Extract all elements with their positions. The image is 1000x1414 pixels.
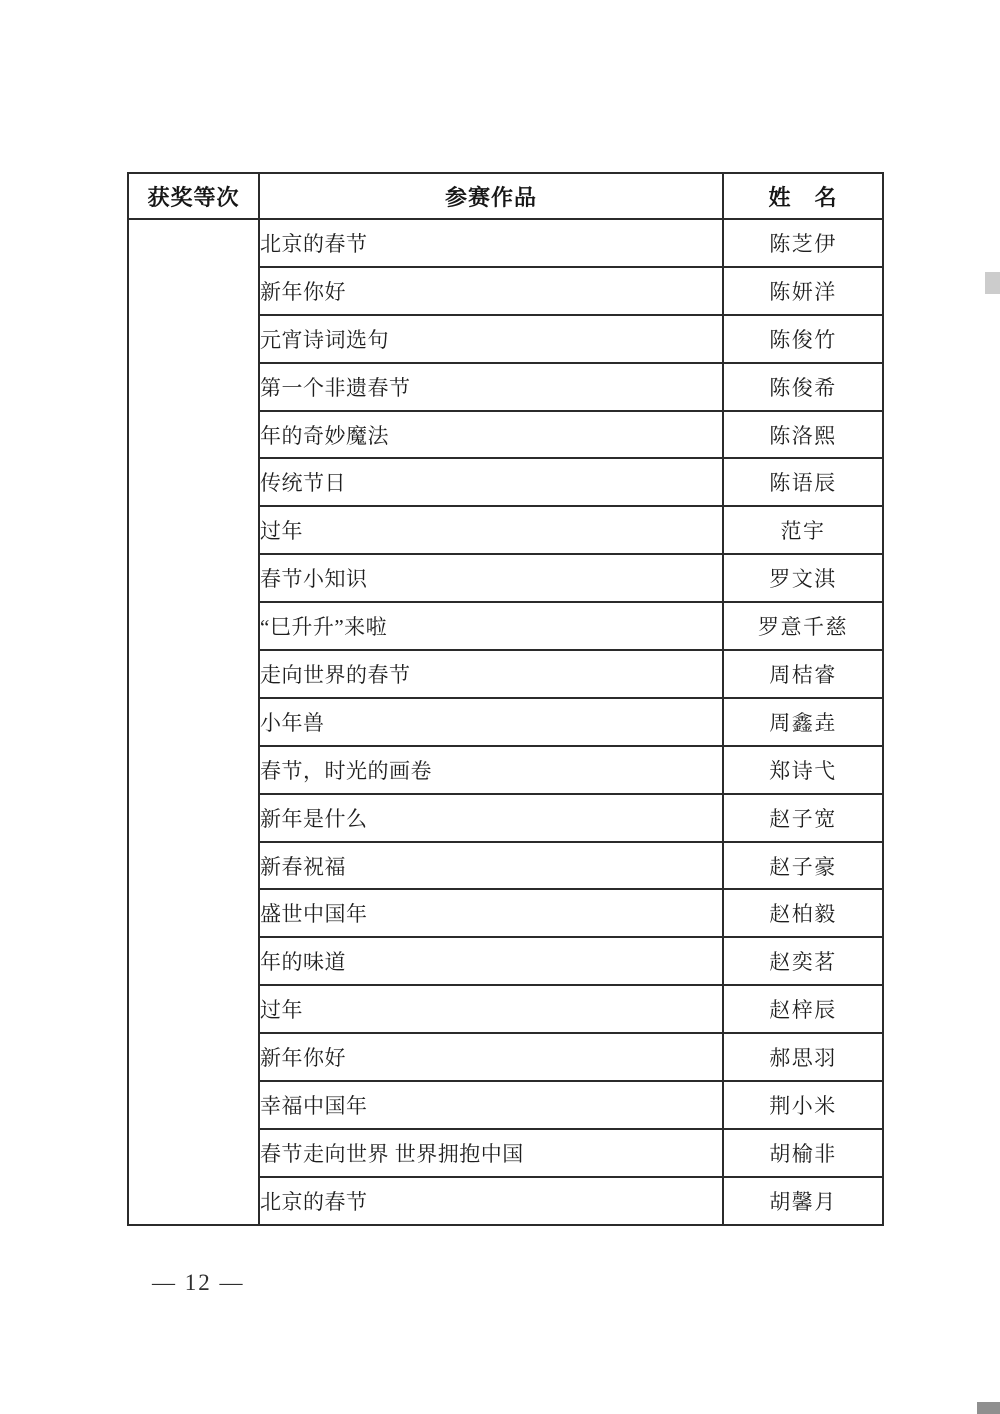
entry-work-cell: 过年 — [259, 985, 723, 1033]
name-cell: 陈妍洋 — [723, 267, 883, 315]
entry-work-cell: 年的奇妙魔法 — [259, 411, 723, 459]
entry-work-cell: 新年你好 — [259, 267, 723, 315]
header-name: 姓 名 — [723, 173, 883, 219]
header-award-level: 获奖等次 — [128, 173, 259, 219]
entry-work-cell: 新年是什么 — [259, 794, 723, 842]
entry-work-cell: 过年 — [259, 506, 723, 554]
entry-work-cell: 盛世中国年 — [259, 889, 723, 937]
entry-work-cell: 第一个非遗春节 — [259, 363, 723, 411]
document-page: 获奖等次 参赛作品 姓 名 北京的春节陈芝伊新年你好陈妍洋元宵诗词选句陈俊竹第一… — [0, 0, 1000, 1414]
scan-artifact-right-edge-mark — [985, 272, 1000, 294]
table-header-row: 获奖等次 参赛作品 姓 名 — [128, 173, 883, 219]
entry-work-cell: 北京的春节 — [259, 219, 723, 267]
name-cell: 陈俊希 — [723, 363, 883, 411]
entry-work-cell: 走向世界的春节 — [259, 650, 723, 698]
name-cell: 陈芝伊 — [723, 219, 883, 267]
scan-artifact-bottom-right-mark — [977, 1402, 1000, 1414]
name-cell: 赵梓辰 — [723, 985, 883, 1033]
name-cell: 陈语辰 — [723, 458, 883, 506]
name-cell: 赵奕茗 — [723, 937, 883, 985]
entry-work-cell: 新春祝福 — [259, 842, 723, 890]
name-cell: 郑诗弋 — [723, 746, 883, 794]
entry-work-cell: 年的味道 — [259, 937, 723, 985]
header-entry-work: 参赛作品 — [259, 173, 723, 219]
name-cell: 胡馨月 — [723, 1177, 883, 1225]
name-cell: 范宇 — [723, 506, 883, 554]
name-cell: 罗文淇 — [723, 554, 883, 602]
name-cell: 陈洛熙 — [723, 411, 883, 459]
table-row: 北京的春节陈芝伊 — [128, 219, 883, 267]
entry-work-cell: 小年兽 — [259, 698, 723, 746]
name-cell: 周鑫垚 — [723, 698, 883, 746]
entry-work-cell: “巳升升”来啦 — [259, 602, 723, 650]
entry-work-cell: 传统节日 — [259, 458, 723, 506]
entry-work-cell: 幸福中国年 — [259, 1081, 723, 1129]
name-cell: 赵子宽 — [723, 794, 883, 842]
award-level-cell — [128, 219, 259, 1225]
name-cell: 郝思羽 — [723, 1033, 883, 1081]
page-number: — 12 — — [152, 1270, 245, 1296]
name-cell: 胡榆非 — [723, 1129, 883, 1177]
name-cell: 赵子豪 — [723, 842, 883, 890]
name-cell: 荆小米 — [723, 1081, 883, 1129]
entry-work-cell: 北京的春节 — [259, 1177, 723, 1225]
entry-work-cell: 春节，时光的画卷 — [259, 746, 723, 794]
name-cell: 陈俊竹 — [723, 315, 883, 363]
name-cell: 周桔睿 — [723, 650, 883, 698]
name-cell: 罗意千慈 — [723, 602, 883, 650]
awards-table: 获奖等次 参赛作品 姓 名 北京的春节陈芝伊新年你好陈妍洋元宵诗词选句陈俊竹第一… — [127, 172, 884, 1226]
entry-work-cell: 元宵诗词选句 — [259, 315, 723, 363]
name-cell: 赵柏毅 — [723, 889, 883, 937]
entry-work-cell: 春节小知识 — [259, 554, 723, 602]
entry-work-cell: 春节走向世界 世界拥抱中国 — [259, 1129, 723, 1177]
entry-work-cell: 新年你好 — [259, 1033, 723, 1081]
